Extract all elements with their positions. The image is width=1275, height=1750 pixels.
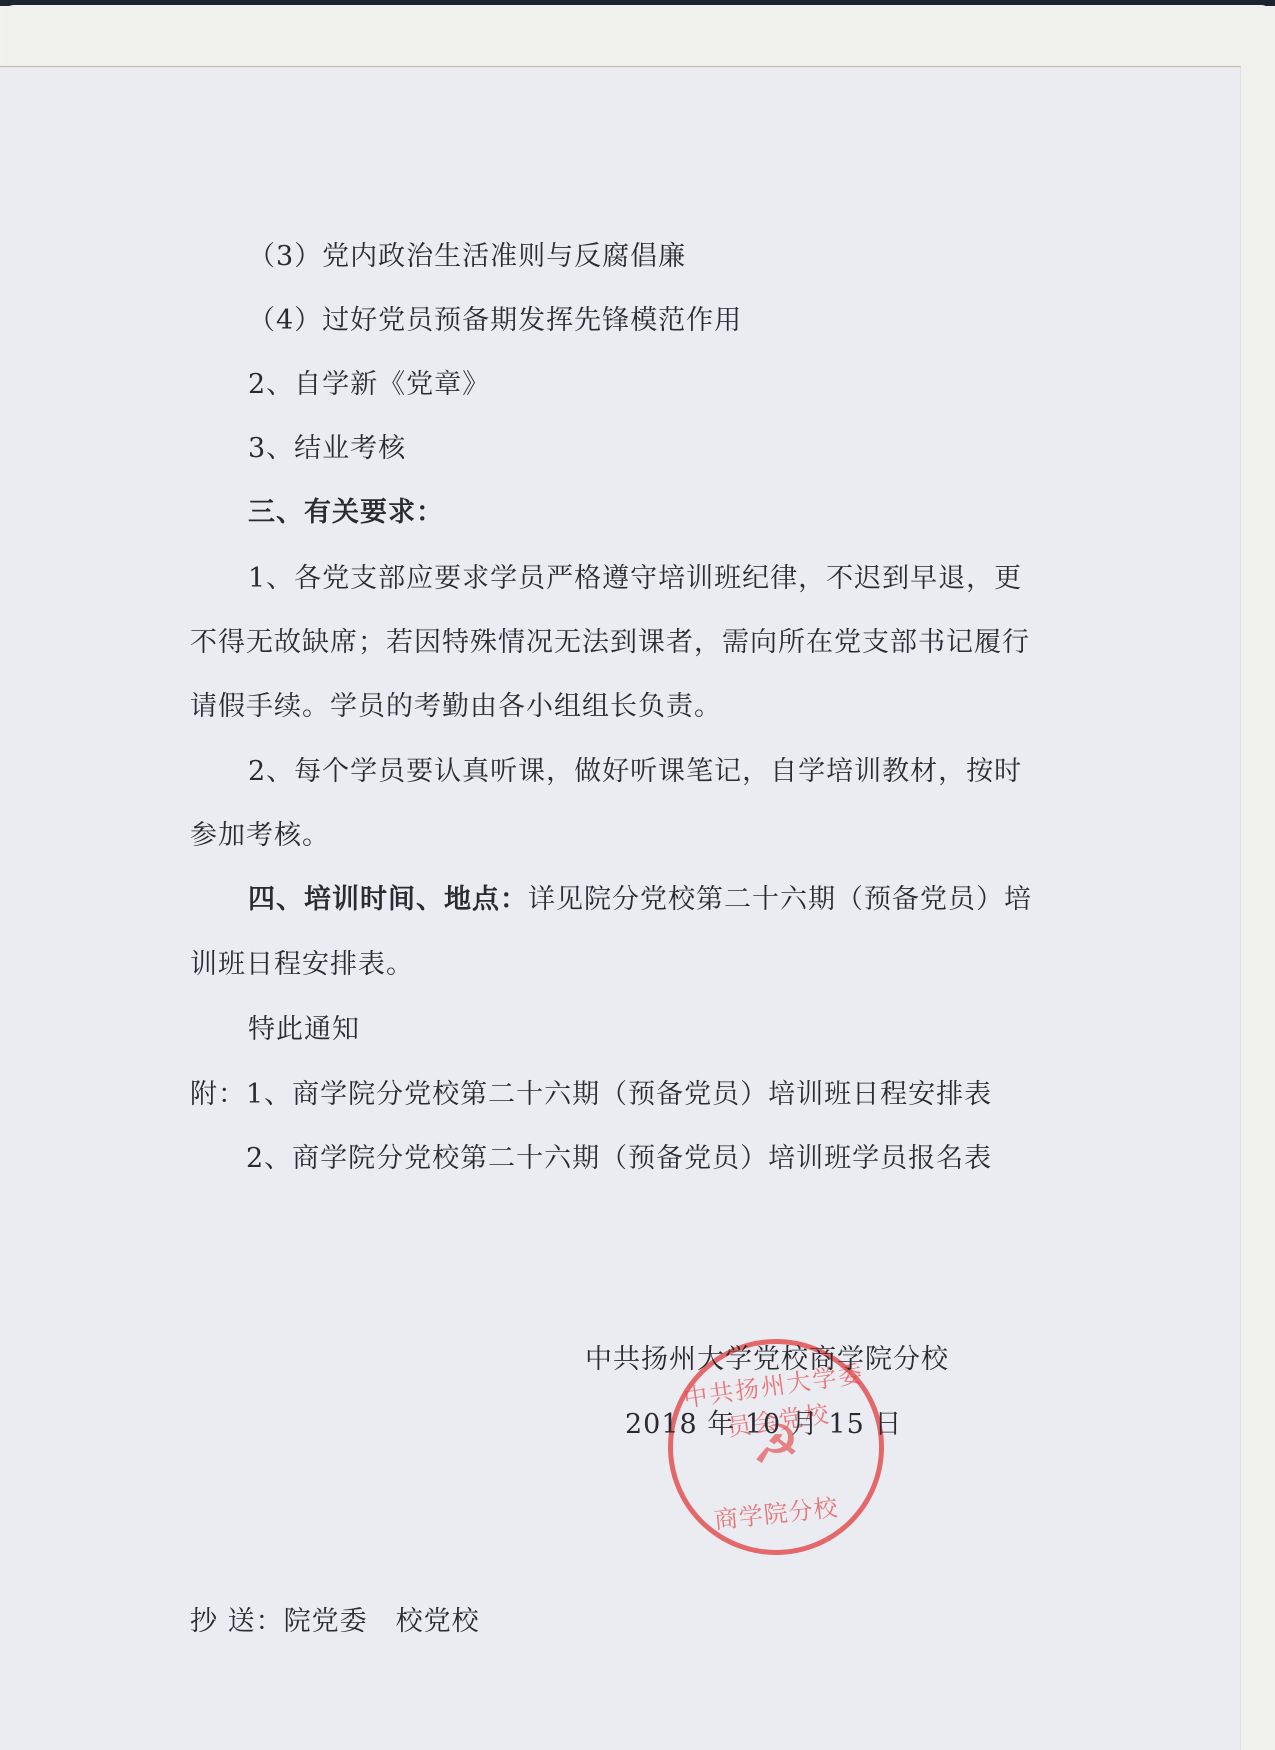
list-item-4: （4）过好党员预备期发挥先锋模范作用 (248, 298, 742, 337)
cc-label: 抄 送： (190, 1606, 284, 1637)
section-heading-requirements: 三、有关要求： (248, 490, 444, 529)
seal-bottom-text: 商学院分校 (672, 1483, 881, 1539)
signature-date: 2018 年 10 月 15 日 (625, 1402, 902, 1441)
attachment-1: 附：1、商学院分党校第二十六期（预备党员）培训班日程安排表 (190, 1072, 992, 1111)
cc-recipients: 院党委 校党校 (284, 1606, 480, 1637)
paragraph-line: 请假手续。学员的考勤由各小组组长负责。 (190, 684, 722, 723)
paragraph-line: 1、各党支部应要求学员严格遵守培训班纪律，不迟到早退，更 (248, 556, 1022, 595)
attachment-2: 2、商学院分党校第二十六期（预备党员）培训班学员报名表 (246, 1136, 992, 1175)
self-study-item: 2、自学新《党章》 (248, 362, 490, 401)
list-item-3: （3）党内政治生活准则与反腐倡廉 (248, 234, 686, 273)
document-page: （3）党内政治生活准则与反腐倡廉 （4）过好党员预备期发挥先锋模范作用 2、自学… (0, 66, 1241, 1750)
paragraph-line: 参加考核。 (190, 813, 330, 852)
paragraph-line: 不得无故缺席；若因特殊情况无法到课者，需向所在党支部书记履行 (190, 620, 1030, 659)
cc-line: 抄 送：院党委 校党校 (190, 1599, 480, 1638)
signature-org: 中共扬州大学党校商学院分校 (585, 1337, 949, 1376)
paragraph-line: 2、每个学员要认真听课，做好听课笔记，自学培训教材，按时 (248, 749, 1022, 788)
section-heading-time-place: 四、培训时间、地点：详见院分党校第二十六期（预备党员）培 (248, 877, 1032, 916)
section-heading-label: 四、培训时间、地点： (248, 884, 528, 915)
section-heading-body: 详见院分党校第二十六期（预备党员）培 (528, 884, 1032, 915)
paragraph-line: 训班日程安排表。 (190, 942, 414, 981)
closing-phrase: 特此通知 (248, 1007, 360, 1046)
assessment-item: 3、结业考核 (248, 426, 406, 465)
